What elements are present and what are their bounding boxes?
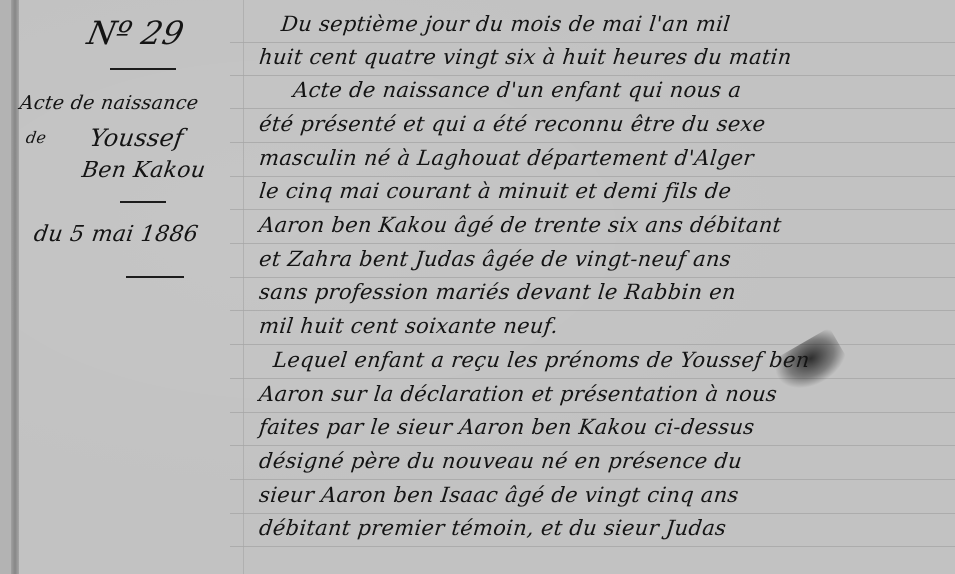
ruled-line <box>230 378 955 379</box>
body-line: désigné père du nouveau né en présence d… <box>258 449 743 473</box>
ruled-line <box>230 142 955 143</box>
ruled-line <box>230 277 955 278</box>
page-edge <box>0 0 11 574</box>
ruled-line <box>230 176 955 177</box>
body-line: débitant premier témoin, et du sieur Jud… <box>258 516 727 540</box>
ink-smudge <box>769 327 852 400</box>
margin-acte-type: Acte de naissance <box>18 92 200 114</box>
ruled-line <box>230 42 955 43</box>
body-line: sieur Aaron ben Isaac âgé de vingt cinq … <box>258 483 740 507</box>
ruled-line <box>230 479 955 480</box>
body-line: Aaron ben Kakou âgé de trente six ans dé… <box>258 213 783 237</box>
body-line: le cinq mai courant à minuit et demi fil… <box>258 179 733 203</box>
body-line: faites par le sieur Aaron ben Kakou ci-d… <box>258 415 756 439</box>
body-line: masculin né à Laghouat département d'Alg… <box>258 146 755 170</box>
ruled-line <box>230 310 955 311</box>
binding-shadow <box>11 0 19 574</box>
ruled-line <box>230 412 955 413</box>
ruled-line <box>230 75 955 76</box>
body-line: été présenté et qui a été reconnu être d… <box>258 112 767 136</box>
margin-de: de <box>25 128 48 147</box>
body-line: Aaron sur la déclaration et présentation… <box>258 382 778 406</box>
margin-rule <box>243 0 244 574</box>
body-line: et Zahra bent Judas âgée de vingt-neuf a… <box>258 247 732 271</box>
margin-family-name: Ben Kakou <box>80 158 207 183</box>
body-line: mil huit cent soixante neuf. <box>258 314 559 338</box>
body-line: huit cent quatre vingt six à huit heures… <box>258 45 793 69</box>
margin-date: du 5 mai 1886 <box>32 222 200 247</box>
acte-number-underline <box>110 68 176 70</box>
acte-number: Nº 29 <box>84 14 188 52</box>
margin-given-name: Youssef <box>88 124 185 152</box>
body-line: Lequel enfant a reçu les prénoms de Yous… <box>272 348 811 372</box>
ruled-line <box>230 243 955 244</box>
margin-divider <box>120 201 166 203</box>
ruled-line <box>230 209 955 210</box>
ruled-line <box>230 546 955 547</box>
ruled-line <box>230 445 955 446</box>
ruled-line <box>230 344 955 345</box>
body-line: Acte de naissance d'un enfant qui nous a <box>292 78 743 102</box>
ruled-line <box>230 108 955 109</box>
ruled-line <box>230 513 955 514</box>
body-line: sans profession mariés devant le Rabbin … <box>258 280 737 304</box>
registry-page: Nº 29 Acte de naissance de Youssef Ben K… <box>0 0 955 574</box>
margin-divider <box>126 276 184 278</box>
body-line: Du septième jour du mois de mai l'an mil <box>280 12 732 36</box>
